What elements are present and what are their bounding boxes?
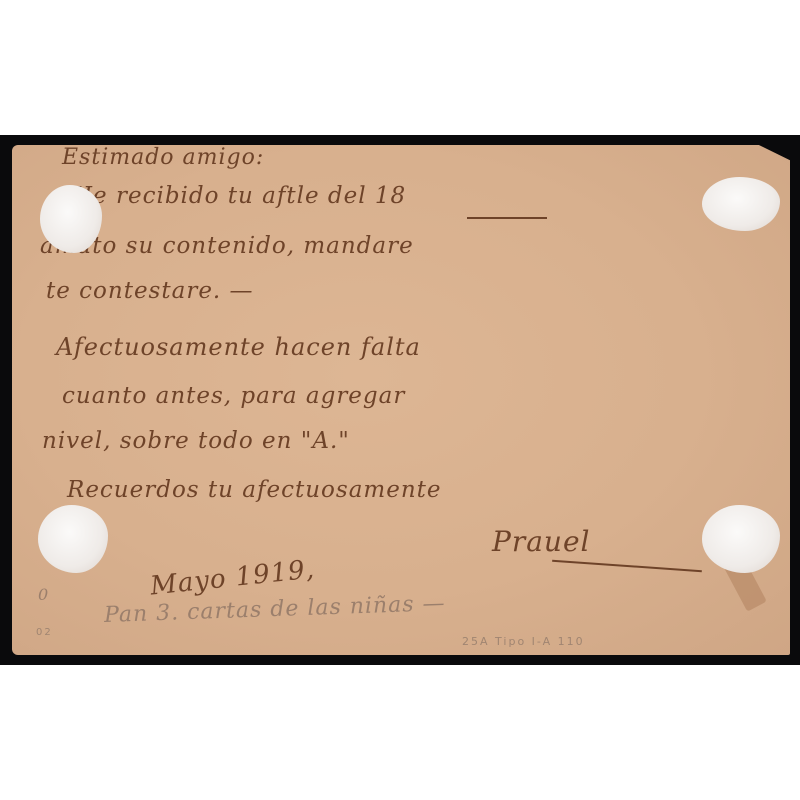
paper-tear-bottom-right [702, 505, 780, 573]
letter-line-4: te contestare. — [46, 278, 254, 304]
date-annotation: Mayo 1919, [149, 554, 316, 601]
letter-line-6: cuanto antes, para agregar [62, 383, 405, 409]
signature-flourish [552, 560, 702, 572]
letter-line-1: Estimado amigo: [62, 145, 264, 170]
corner-mark-02: 02 [36, 627, 53, 638]
underline [467, 217, 547, 219]
letter-line-2: He recibido tu aftle del 18 [72, 183, 406, 209]
signature: Prauel [492, 525, 590, 558]
letter-line-5: Afectuosamente hacen falta [56, 333, 421, 361]
corner-mark-0: 0 [38, 585, 49, 604]
paper-tear-top-right [702, 177, 780, 231]
letter-line-8: Recuerdos tu afectuosamente [67, 477, 442, 503]
paper-tear-bottom-left [38, 505, 108, 573]
catalog-reference: 25A Tipo I-A 110 [462, 635, 585, 648]
letter-line-7: nivel, sobre todo en "A." [42, 428, 350, 454]
postcard: Estimado amigo: He recibido tu aftle del… [12, 145, 790, 655]
paper-tear-top-left [40, 185, 102, 253]
